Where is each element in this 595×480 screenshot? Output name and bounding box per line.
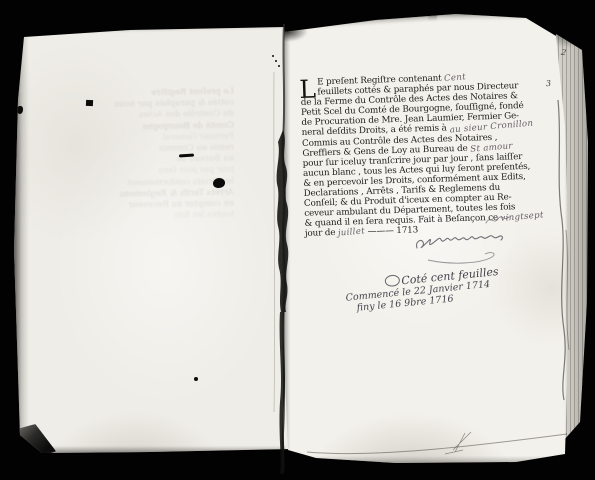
page-edge-smudge [428, 12, 560, 21]
left-page: Le preſent Regiſtre cottés & paraphés pa… [0, 0, 300, 480]
ink-dot [272, 55, 274, 57]
handwritten-insert: juillet [338, 227, 366, 239]
ink-dot [278, 65, 280, 67]
flourish-loop-icon [384, 273, 401, 287]
printed-text: ——— 1713 [365, 226, 418, 238]
ink-dot [275, 60, 277, 62]
printed-text: jour de [305, 228, 338, 239]
pen-flourish [484, 212, 512, 228]
signature-scrawl [414, 226, 526, 266]
ink-blot [194, 377, 198, 381]
page-crease [548, 90, 574, 420]
edge-mark: 3 [546, 79, 552, 88]
page-edge-smudge [30, 446, 286, 454]
bleedthrough-text: Le preſent Regiſtre cottés & paraphés pa… [62, 88, 234, 222]
right-page: L E preſent Regiſtre contenant Cent feui… [276, 6, 576, 476]
scanned-register-photo: Le preſent Regiſtre cottés & paraphés pa… [0, 0, 595, 480]
page-edge-smudge [13, 30, 29, 450]
ink-blot [17, 106, 23, 114]
handwritten-insert: Cent [444, 72, 467, 84]
book-gutter [268, 12, 308, 477]
page-crease [295, 420, 580, 470]
ink-blot [86, 100, 93, 106]
handwritten-note: Coté cent feuilles Commencé le 22 Janvie… [332, 262, 525, 316]
page-edge-smudge [20, 21, 284, 35]
ink-blot [213, 178, 225, 188]
bleedthrough-line: toutes les fois [62, 210, 234, 224]
corner-curl [10, 424, 56, 456]
